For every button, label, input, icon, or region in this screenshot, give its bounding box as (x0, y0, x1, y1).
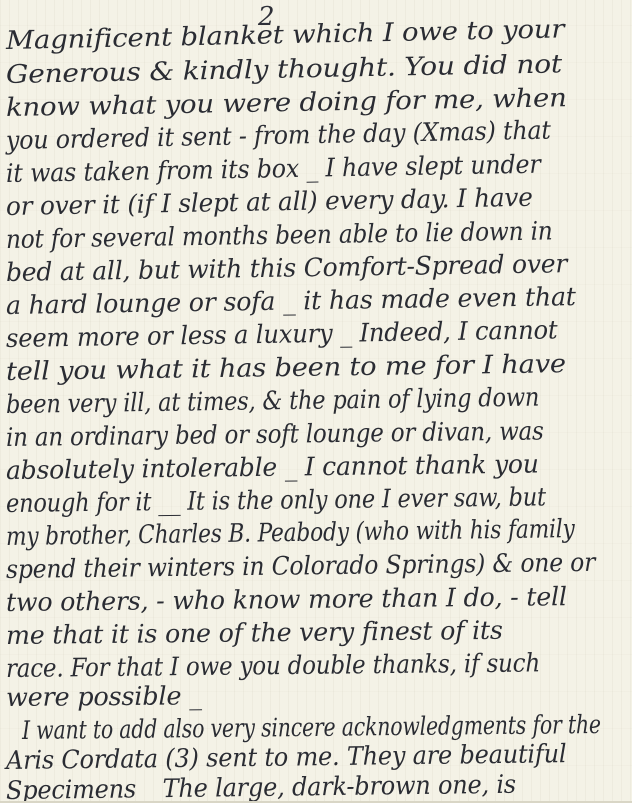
letter-line: Magnificent blanket which I owe to your (6, 14, 565, 56)
letter-line: bed at all, but with this Comfort-Spread… (6, 249, 568, 288)
letter-line: me that it is one of the very finest of … (6, 616, 503, 651)
letter-line: in an ordinary bed or soft lounge or div… (6, 416, 544, 453)
letter-line: Specimens _ The large, dark-brown one, i… (6, 770, 516, 803)
letter-line: were possible _ (6, 681, 202, 713)
letter-line: tell you what it has been to me for I ha… (6, 349, 566, 387)
letter-line: two others, - who know more than I do, -… (6, 582, 567, 618)
letter-line: seem more or less a luxury _ Indeed, I c… (6, 315, 558, 354)
letter-line: enough for it __ It is the only one I ev… (6, 482, 546, 519)
letter-page: 2 Magnificent blanket which I owe to you… (0, 0, 632, 803)
letter-line: been very ill, at times, & the pain of l… (6, 383, 540, 420)
letter-line: spend their winters in Colorado Springs)… (6, 548, 596, 585)
letter-line: absolutely intolerable _ I cannot thank … (6, 449, 539, 486)
letter-line: a hard lounge or sofa _ it has made even… (6, 282, 576, 321)
letter-line: my brother, Charles B. Peabody (who with… (6, 514, 575, 552)
letter-line: or over it (if I slept at all) every day… (6, 183, 533, 222)
letter-line: race. For that I owe you double thanks, … (6, 648, 540, 684)
letter-line: not for several months been able to lie … (6, 216, 553, 255)
